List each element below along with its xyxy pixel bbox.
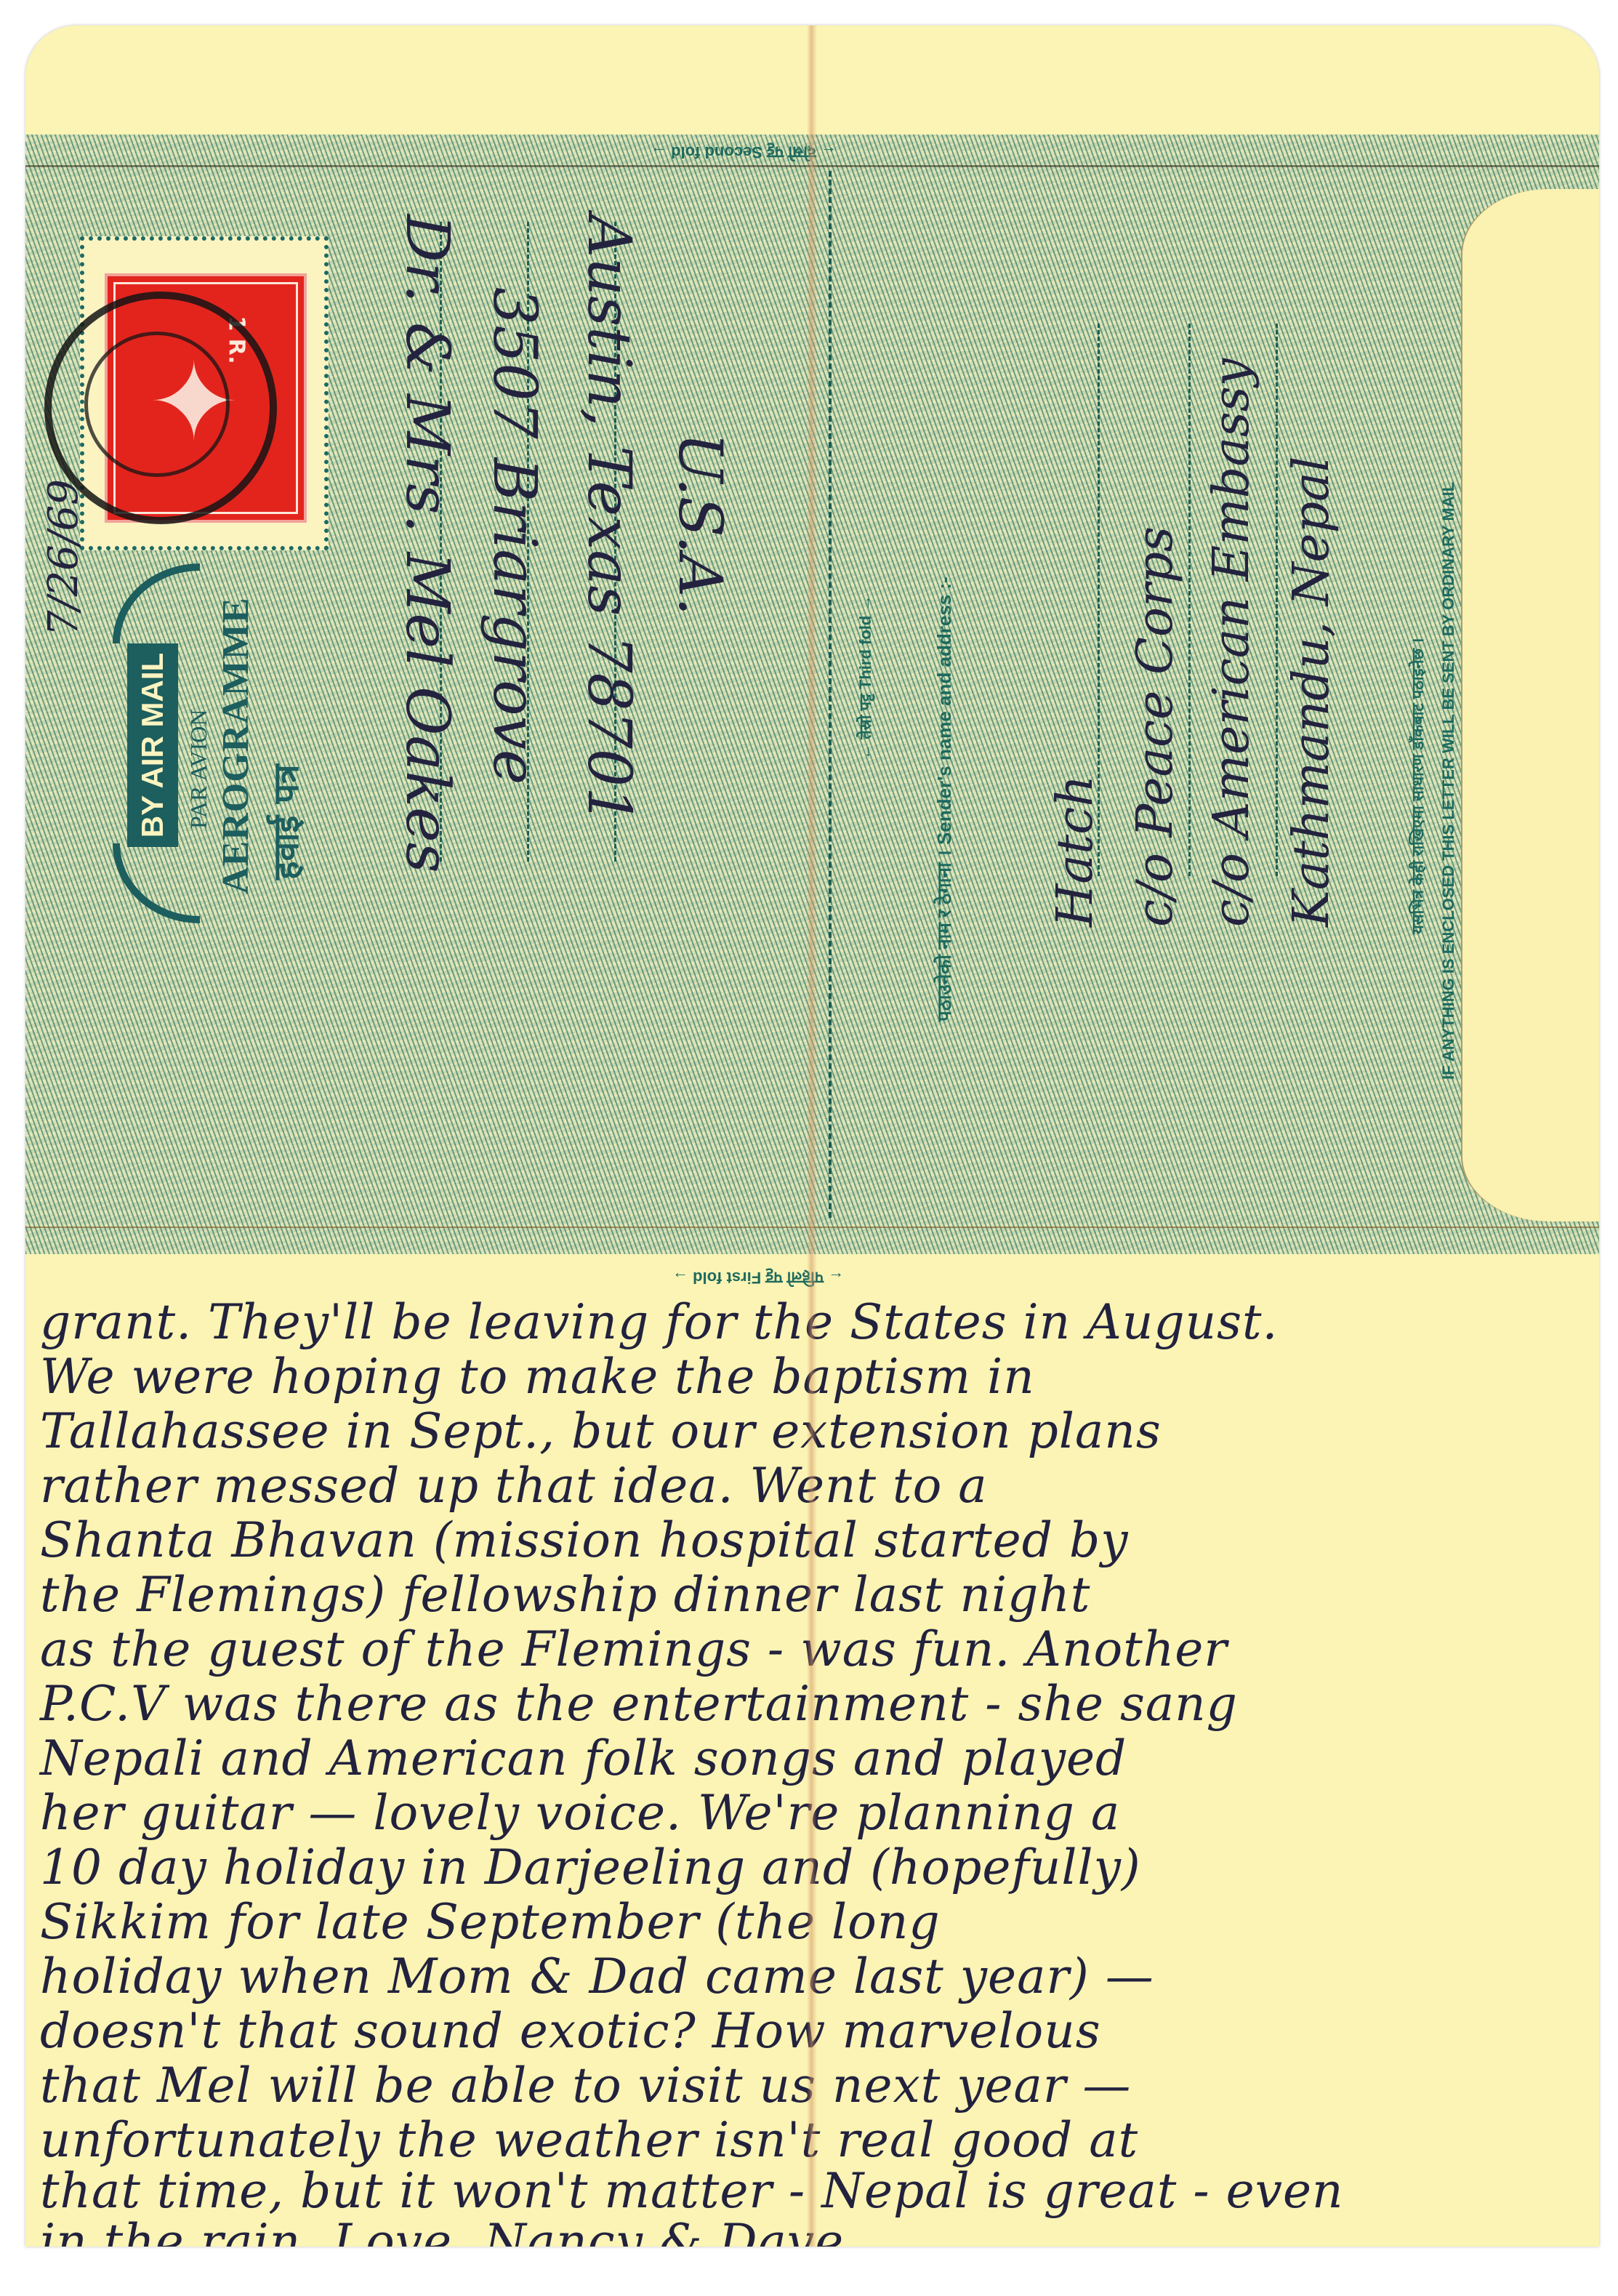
- aerogramme-label: AEROGRAMME: [214, 597, 257, 894]
- letter-line: holiday when Mom & Dad came last year) —: [40, 1948, 1154, 2004]
- letter-line: P.C.V was there as the entertainment - s…: [40, 1676, 1238, 1732]
- warning-text-english: IF ANYTHING IS ENCLOSED THIS LETTER WILL…: [1439, 482, 1458, 1080]
- sender-line-4: Kathmandu, Nepal: [1283, 457, 1340, 927]
- letter-line: the Flemings) fellowship dinner last nig…: [40, 1567, 1090, 1623]
- sender-line-3: c/o American Embassy: [1203, 358, 1260, 927]
- recipient-line-2: 3507 Briargrove: [480, 287, 549, 784]
- by-air-mail-badge: BY AIR MAIL: [127, 643, 178, 847]
- handwritten-date: 7/26/69: [40, 479, 87, 636]
- letter-line: Sikkim for late September (the long: [40, 1894, 941, 1950]
- recipient-line-4: U.S.A.: [665, 433, 734, 616]
- letter-line: Nepali and American folk songs and playe…: [40, 1730, 1127, 1786]
- sender-line-2: c/o Peace Corps: [1127, 526, 1184, 927]
- letter-line: in the rain. Love, Nancy & Dave: [40, 2214, 844, 2247]
- letter-line: 10 day holiday in Darjeeling and (hopefu…: [40, 1839, 1141, 1895]
- sender-line-1: Hatch: [1047, 775, 1104, 927]
- first-fold-label: ← पहिलो पट्ट First fold →: [672, 1267, 844, 1289]
- par-avion-label: PAR AVION: [185, 709, 212, 829]
- letter-line: Shanta Bhavan (mission hospital started …: [40, 1512, 1128, 1568]
- sender-label: पठाउनेको नाम र ठेगाना । Sender's name an…: [930, 577, 957, 1021]
- postmark-inner-ring: [84, 332, 230, 477]
- letter-line: We were hoping to make the baptism in: [40, 1349, 1035, 1405]
- third-fold-label: ← तेस्रो पट्ट Third fold →: [854, 595, 876, 760]
- airmail-logo: BY AIR MAIL PAR AVION AEROGRAMME हवाई पत…: [113, 487, 432, 923]
- letter-line: as the guest of the Flemings - was fun. …: [40, 1621, 1228, 1677]
- letter-line: grant. They'll be leaving for the States…: [40, 1294, 1278, 1350]
- letter-line: that time, but it won't matter - Nepal i…: [40, 2163, 1344, 2219]
- right-wing-icon: [113, 563, 200, 643]
- sender-line-2: [1188, 324, 1191, 876]
- letter-line: that Mel will be able to visit us next y…: [40, 2058, 1131, 2114]
- left-wing-icon: [113, 843, 200, 923]
- letter-line: her guitar — lovely voice. We're plannin…: [40, 1785, 1120, 1841]
- aerogramme-hindi-label: हवाई पत्र: [262, 764, 309, 880]
- third-fold-dashed-line: [829, 171, 832, 1218]
- letter-line: unfortunately the weather isn't real goo…: [40, 2112, 1138, 2168]
- recipient-line-3: Austin, Texas 78701: [574, 214, 643, 824]
- recipient-line-1: Dr. & Mrs. Mel Oakes: [393, 214, 462, 873]
- letter-line: Tallahassee in Sept., but our extension …: [40, 1403, 1162, 1459]
- letter-line: doesn't that sound exotic? How marvelous: [40, 2003, 1101, 2059]
- aerogramme-sheet: ← दोस्रो पट्ट Second fold → ← तेस्रो पट्…: [25, 25, 1599, 2247]
- letter-line: rather messed up that idea. Went to a: [40, 1458, 988, 1514]
- right-flap-cutout: [1461, 189, 1599, 1221]
- warning-text-hindi: यसभित्र केही राखिएमा साधारण डाँकबाट पठाइ…: [1406, 638, 1428, 934]
- sender-line-3: [1276, 324, 1278, 876]
- center-vertical-crease: [807, 25, 817, 2247]
